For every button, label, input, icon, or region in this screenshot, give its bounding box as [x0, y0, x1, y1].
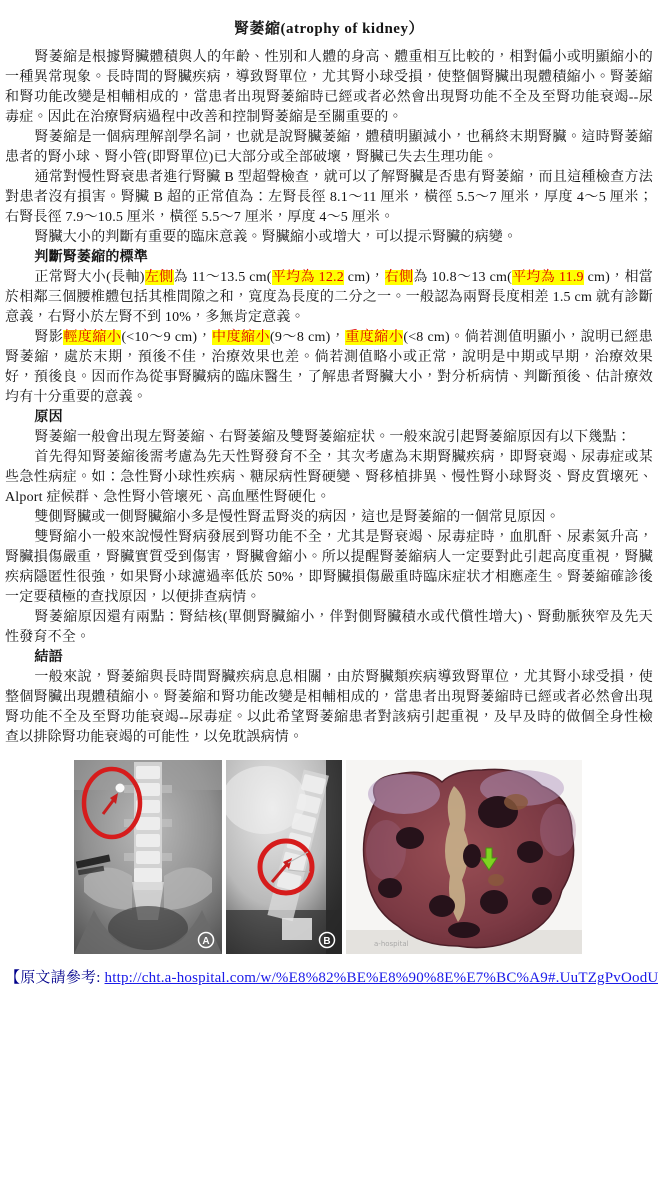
highlighted-text: 平均為 12.2 [272, 270, 344, 285]
text-run: (<10～9 cm)， [121, 330, 212, 345]
paragraph: 正常腎大小(長軸)左側為 11～13.5 cm(平均為 12.2 cm)，右側為… [5, 268, 653, 328]
highlighted-text: 中度縮小 [212, 330, 270, 345]
text-run: 首先得知腎萎縮後需考慮為先天性腎發育不全，其次考慮為末期腎臟疾病，即腎衰竭、尿毒… [5, 450, 653, 505]
highlighted-text: 左側 [145, 270, 174, 285]
citation-prefix: 【原文請參考: [5, 970, 105, 986]
section-heading: 判斷腎萎縮的標準 [5, 248, 653, 268]
text-run: 判斷腎萎縮的標準 [34, 250, 148, 265]
svg-text:B: B [323, 936, 330, 947]
paragraph: 腎萎縮是根據腎臟體積與人的年齡、性別和人體的身高、體重相互比較的，相對偏小或明顯… [5, 48, 653, 128]
highlighted-text: 右側 [385, 270, 414, 285]
text-run: 腎影 [34, 330, 63, 345]
text-run: 雙側腎臟或一側腎臟縮小多是慢性腎盂腎炎的病因，這也是腎萎縮的一個常見原因。 [34, 510, 559, 525]
text-run: 腎萎縮原因還有兩點：腎結核(單側腎臟縮小，伴對側腎臟積水或代償性增大)、腎動脈狹… [5, 610, 653, 645]
abdominal-xray-lateral-image: B [226, 760, 342, 954]
section-heading: 原因 [5, 408, 653, 428]
text-run: 為 10.8～13 cm( [413, 270, 512, 285]
text-run: 雙腎縮小一般來說慢性腎病發展到腎功能不全，尤其是腎衰竭、尿毒症時，血肌酐、尿素氮… [5, 530, 653, 605]
paragraph: 腎臟大小的判斷有重要的臨床意義。腎臟縮小或增大，可以提示腎臟的病變。 [5, 228, 653, 248]
watermark: a-hospital [374, 940, 409, 948]
text-run: 結語 [34, 650, 62, 665]
text-run: 正常腎大小(長軸) [34, 270, 144, 285]
svg-text:A: A [202, 936, 209, 947]
text-run: 腎萎縮是一個病理解剖學名詞，也就是說腎臟萎縮，體積明顯減小，也稱終末期腎臟。這時… [5, 130, 653, 165]
paragraph: 雙腎縮小一般來說慢性腎病發展到腎功能不全，尤其是腎衰竭、尿毒症時，血肌酐、尿素氮… [5, 528, 653, 608]
highlighted-text: 平均為 11.9 [512, 270, 584, 285]
paragraph: 一般來說，腎萎縮與長時間腎臟疾病息息相關，由於腎臟類疾病導致腎單位，尤其腎小球受… [5, 668, 653, 748]
paragraph: 腎萎縮是一個病理解剖學名詞，也就是說腎臟萎縮，體積明顯減小，也稱終末期腎臟。這時… [5, 128, 653, 168]
text-run: 為 11～13.5 cm( [174, 270, 272, 285]
document-page: 腎萎縮(atrophy of kidney） 腎萎縮是根據腎臟體積與人的年齡、性… [0, 0, 658, 988]
paragraph: 通常對慢性腎衰患者進行腎臟 B 型超聲檢查，就可以了解腎臟是否患有腎萎縮，而且這… [5, 168, 653, 228]
paragraph: 腎萎縮一般會出現左腎萎縮、右腎萎縮及雙腎萎縮症状。一般來說引起腎萎縮原因有以下幾… [5, 428, 653, 448]
abdominal-xray-frontal-image: A [74, 760, 222, 954]
text-run: (9～8 cm)， [270, 330, 345, 345]
section-heading: 結語 [5, 648, 653, 668]
text-run: 原因 [34, 410, 62, 425]
source-citation: 【原文請參考: http://cht.a-hospital.com/w/%E8%… [5, 968, 653, 988]
paragraph: 腎影輕度縮小(<10～9 cm)，中度縮小(9～8 cm)，重度縮小(<8 cm… [5, 328, 653, 408]
text-run: 腎萎縮一般會出現左腎萎縮、右腎萎縮及雙腎萎縮症状。一般來說引起腎萎縮原因有以下幾… [34, 430, 630, 445]
text-run: 腎萎縮是根據腎臟體積與人的年齡、性別和人體的身高、體重相互比較的，相對偏小或明顯… [5, 50, 653, 125]
paragraph: 雙側腎臟或一側腎臟縮小多是慢性腎盂腎炎的病因，這也是腎萎縮的一個常見原因。 [5, 508, 653, 528]
paragraph: 首先得知腎萎縮後需考慮為先天性腎發育不全，其次考慮為末期腎臟疾病，即腎衰竭、尿毒… [5, 448, 653, 508]
source-link[interactable]: http://cht.a-hospital.com/w/%E8%82%BE%E8… [105, 970, 658, 986]
text-run: 一般來說，腎萎縮與長時間腎臟疾病息息相關，由於腎臟類疾病導致腎單位，尤其腎小球受… [5, 670, 653, 745]
text-run: 腎臟大小的判斷有重要的臨床意義。腎臟縮小或增大，可以提示腎臟的病變。 [34, 230, 517, 245]
document-body: 腎萎縮是根據腎臟體積與人的年齡、性別和人體的身高、體重相互比較的，相對偏小或明顯… [5, 48, 653, 748]
page-title: 腎萎縮(atrophy of kidney） [5, 18, 653, 40]
text-run: cm)， [344, 270, 385, 285]
kidney-specimen-photo: a-hospital [346, 760, 582, 954]
figure-row: A [74, 760, 653, 954]
highlighted-text: 輕度縮小 [63, 330, 121, 345]
text-run: 通常對慢性腎衰患者進行腎臟 B 型超聲檢查，就可以了解腎臟是否患有腎萎縮，而且這… [5, 170, 653, 225]
highlighted-text: 重度縮小 [345, 330, 403, 345]
paragraph: 腎萎縮原因還有兩點：腎結核(單側腎臟縮小，伴對側腎臟積水或代償性增大)、腎動脈狹… [5, 608, 653, 648]
